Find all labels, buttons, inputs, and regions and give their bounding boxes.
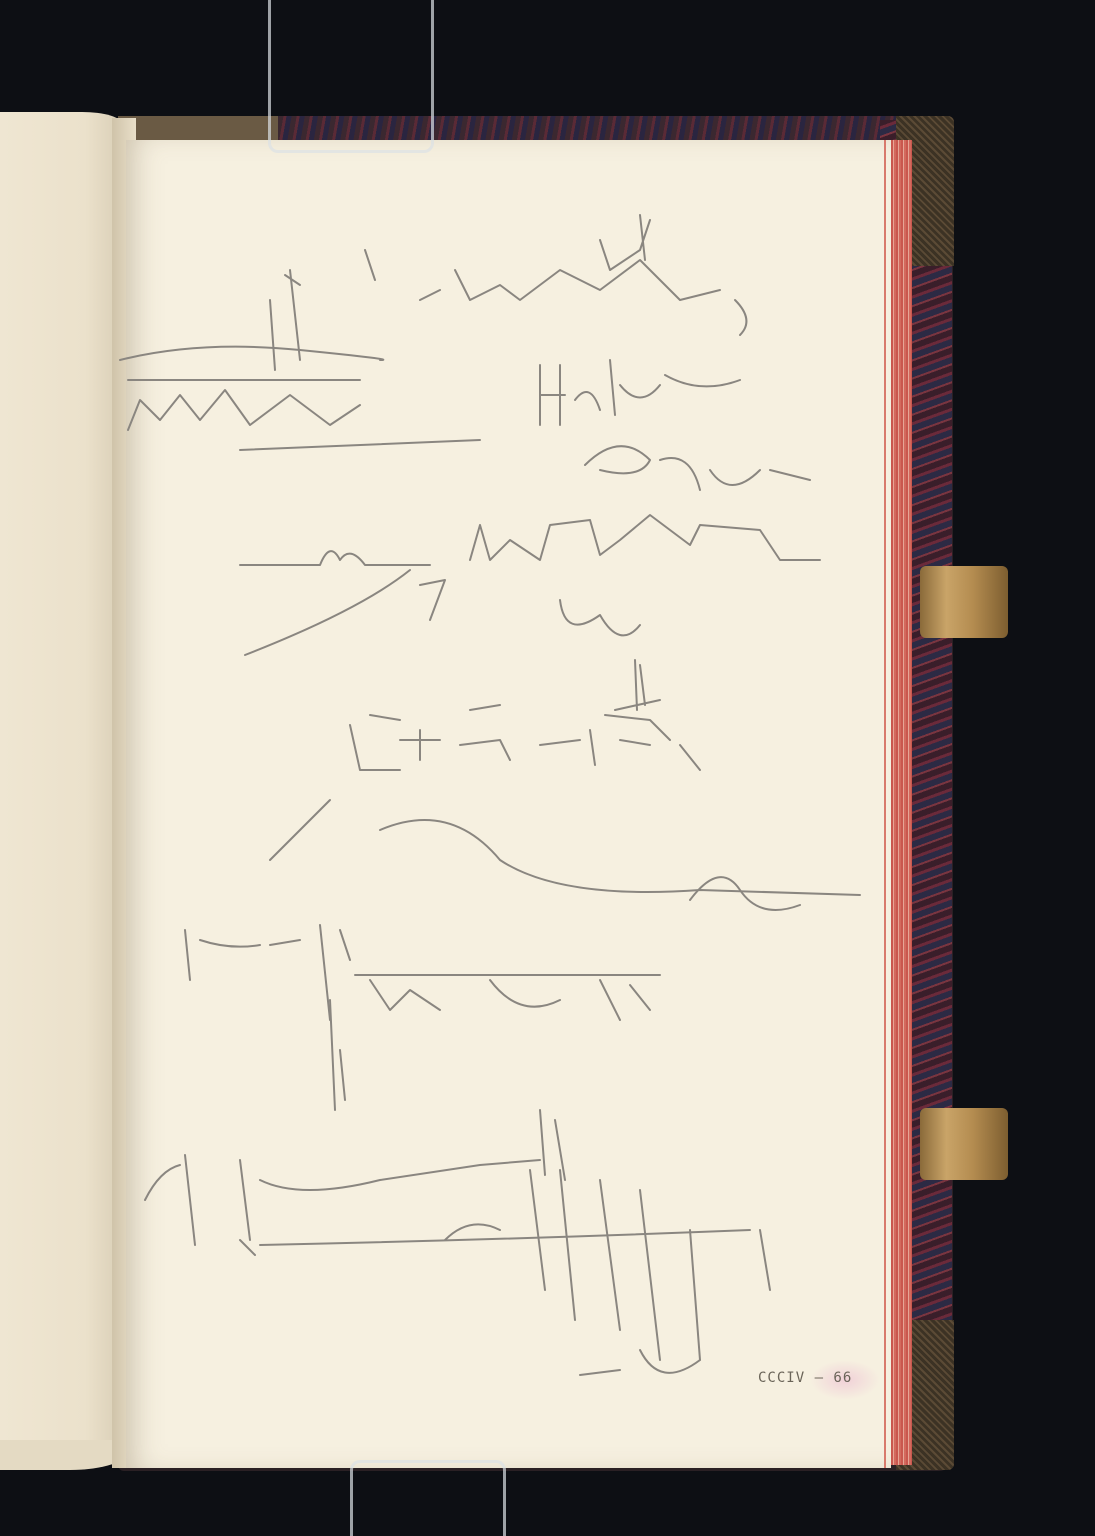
catalogue-label: CCCIV – 66 bbox=[758, 1370, 852, 1386]
clip-bottom bbox=[350, 1460, 506, 1536]
pencil-strap-bottom bbox=[920, 1108, 1008, 1180]
clip-top bbox=[268, 0, 434, 153]
pencil-strap-top bbox=[920, 566, 1008, 638]
pencil-sketches bbox=[0, 0, 1095, 1536]
